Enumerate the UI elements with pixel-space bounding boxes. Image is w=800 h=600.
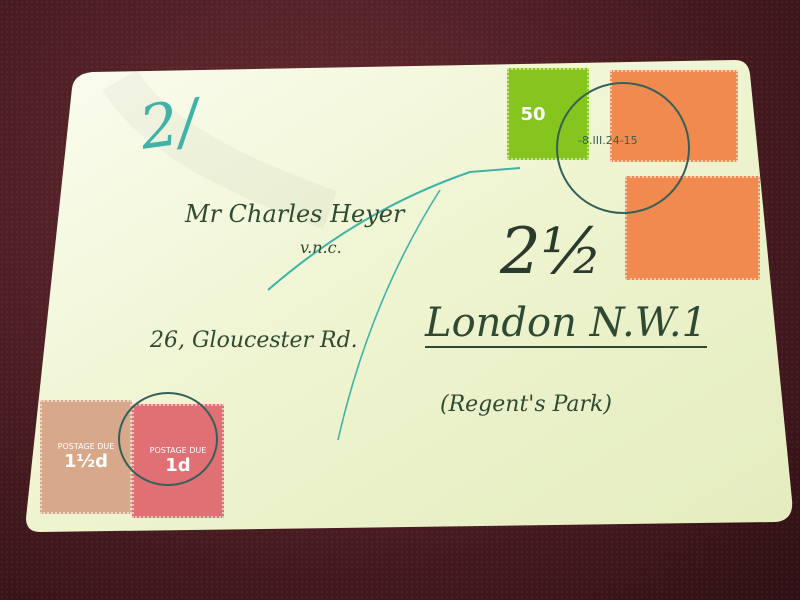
recipient-name: Mr Charles Heyer [185, 200, 404, 228]
address-line: 26, Gloucester Rd. [150, 328, 358, 353]
city-line: London N.W.1 [425, 300, 707, 348]
recipient-line2: v.n.c. [300, 238, 342, 257]
postage-due-mark: 2½ [500, 215, 603, 289]
district-line: (Regent's Park) [440, 392, 612, 417]
